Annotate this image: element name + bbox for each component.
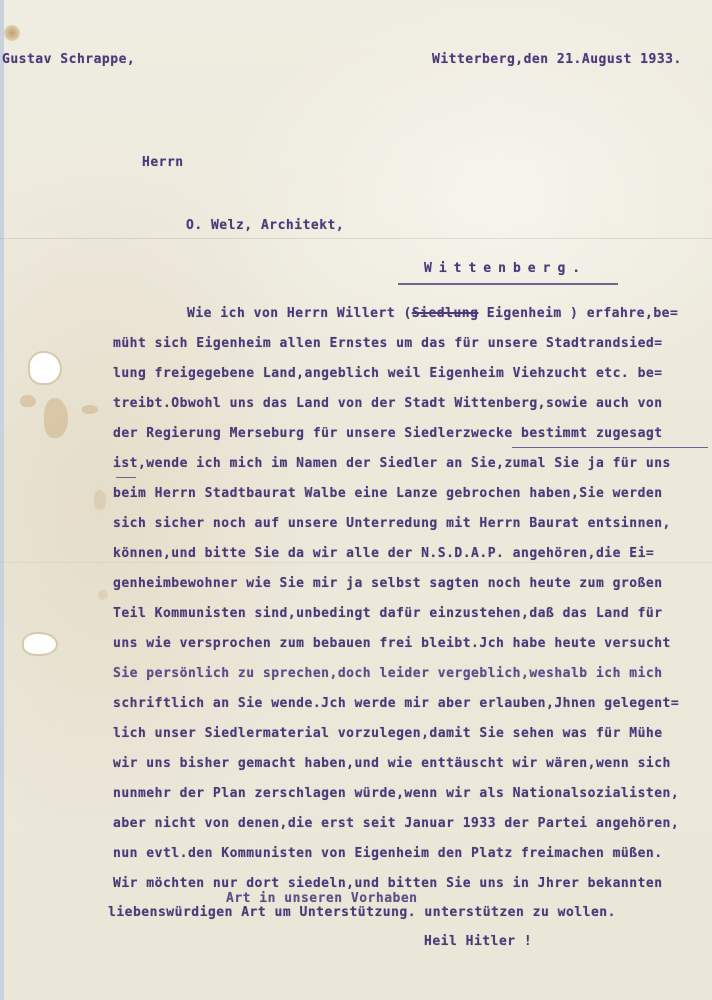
body-line: treibt.Obwohl uns das Land von der Stadt… — [113, 396, 663, 411]
water-stain — [44, 398, 68, 438]
struck-word: Siedlung — [412, 306, 479, 321]
water-stain — [94, 490, 106, 510]
punch-hole — [30, 353, 60, 383]
punch-hole — [24, 634, 56, 654]
recipient-name: O. Welz, Architekt, — [186, 218, 344, 233]
paper-fold — [0, 562, 712, 563]
water-stain — [82, 405, 98, 414]
emphasis-underline — [116, 477, 136, 478]
water-stain — [98, 590, 108, 600]
body-line: lich unser Siedlermaterial vorzulegen,da… — [113, 726, 663, 741]
place-date: Witterberg,den 21.August 1933. — [432, 52, 682, 67]
sender-name: Gustav Schrappe, — [2, 52, 135, 67]
city-underline — [398, 283, 618, 285]
water-stain — [20, 395, 36, 407]
body-line: aber nicht von denen,die erst seit Janua… — [113, 816, 679, 831]
body-line: nun evtl.den Kommunisten von Eigenheim d… — [113, 846, 663, 861]
closing: Heil Hitler ! — [424, 934, 532, 949]
paper-fold — [0, 238, 712, 239]
emphasis-underline — [512, 447, 708, 448]
body-line: ist,wende ich mich im Namen der Siedler … — [113, 456, 671, 471]
body-line: Teil Kommunisten sind,unbedingt dafür ei… — [113, 606, 663, 621]
rust-stain — [4, 25, 20, 41]
body-line: Sie persönlich zu sprechen,doch leider v… — [113, 666, 663, 681]
body-line: können,und bitte Sie da wir alle der N.S… — [113, 546, 654, 561]
scan-edge — [0, 0, 4, 1000]
body-line: der Regierung Merseburg für unsere Siedl… — [113, 426, 663, 441]
body-line: uns wie versprochen zum bebauen frei ble… — [113, 636, 671, 651]
body-line: Wir möchten nur dort siedeln,und bitten … — [113, 876, 663, 891]
recipient-city: Wittenberg. — [424, 261, 587, 276]
body-line: lung freigegebene Land,angeblich weil Ei… — [113, 366, 663, 381]
body-line-1: Wie ich von Herrn Willert (Siedlung Eige… — [187, 306, 678, 321]
body-line: sich sicher noch auf unsere Unterredung … — [113, 516, 671, 531]
salutation-herrn: Herrn — [142, 155, 184, 170]
body-line-last: liebenswürdigen Art um Unterstützung. un… — [108, 905, 616, 920]
body-line: beim Herrn Stadtbaurat Walbe eine Lanze … — [113, 486, 663, 501]
body-line: nunmehr der Plan zerschlagen würde,wenn … — [113, 786, 679, 801]
body-line: müht sich Eigenheim allen Ernstes um das… — [113, 336, 663, 351]
body-line: wir uns bisher gemacht haben,und wie ent… — [113, 756, 671, 771]
body-line: genheimbewohner wie Sie mir ja selbst sa… — [113, 576, 663, 591]
body-line: schriftlich an Sie wende.Jch werde mir a… — [113, 696, 679, 711]
overtype-correction: Art in unseren Vorhaben — [226, 891, 418, 906]
